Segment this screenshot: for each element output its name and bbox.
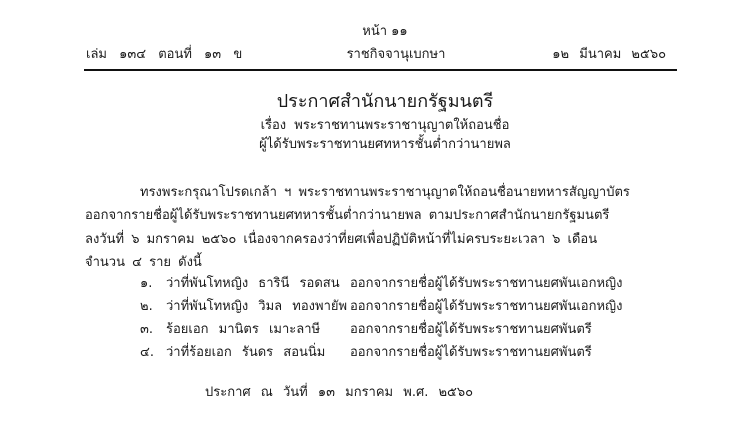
gazette-page: หน้า ๑๑ เล่ม ๑๓๔ ตอนที่ ๑๓ ข ราชกิจจานุเ… bbox=[0, 0, 750, 422]
officer-name: ร้อยเอก มานิตร เมาะลาษี bbox=[166, 318, 320, 339]
gazette-date: ๑๒ มีนาคม ๒๕๖๐ bbox=[552, 43, 666, 64]
officer-name: ว่าที่พันโทหญิง วิมล ทองพายัพ bbox=[166, 295, 347, 316]
removal-action: ออกจากรายชื่อผู้ได้รับพระราชทานยศพันตรี bbox=[350, 318, 592, 339]
header-divider bbox=[84, 69, 677, 71]
subject-line-2: ผู้ได้รับพระราชทานยศทหารชั้นต่ำกว่านายพล bbox=[0, 133, 750, 154]
document-title: ประกาศสำนักนายกรัฐมนตรี bbox=[0, 86, 750, 115]
removal-action: ออกจากรายชื่อผู้ได้รับพระราชทานยศพันเอกห… bbox=[350, 295, 622, 316]
list-number: ๓. bbox=[140, 318, 153, 339]
list-item: ๓. ร้อยเอก มานิตร เมาะลาษี ออกจากรายชื่อ… bbox=[140, 318, 680, 338]
list-item: ๔. ว่าที่ร้อยเอก รันดร สอนนิ่ม ออกจากราย… bbox=[140, 341, 680, 361]
list-number: ๒. bbox=[140, 295, 153, 316]
subject-line-1: เรื่อง พระราชทานพระราชานุญาตให้ถอนชื่อ bbox=[0, 114, 750, 135]
list-item: ๑. ว่าที่พันโทหญิง ธารินี รอดสน ออกจากรา… bbox=[140, 272, 680, 292]
body-paragraph-line: จำนวน ๔ ราย ดังนี้ bbox=[85, 251, 202, 272]
body-paragraph-line: ทรงพระกรุณาโปรดเกล้า ฯ พระราชทานพระราชาน… bbox=[140, 181, 630, 202]
body-paragraph-line: ลงวันที่ ๖ มกราคม ๒๕๖๐ เนื่องจากครองว่าท… bbox=[85, 228, 597, 249]
removal-action: ออกจากรายชื่อผู้ได้รับพระราชทานยศพันตรี bbox=[350, 341, 592, 362]
announcement-date: ประกาศ ณ วันที่ ๑๓ มกราคม พ.ศ. ๒๕๖๐ bbox=[205, 381, 473, 402]
officer-name: ว่าที่พันโทหญิง ธารินี รอดสน bbox=[166, 272, 340, 293]
body-paragraph-line: ออกจากรายชื่อผู้ได้รับพระราชทานยศทหารชั้… bbox=[85, 204, 609, 225]
removal-action: ออกจากรายชื่อผู้ได้รับพระราชทานยศพันเอกห… bbox=[350, 272, 622, 293]
page-number: หน้า ๑๑ bbox=[0, 20, 750, 41]
officer-name: ว่าที่ร้อยเอก รันดร สอนนิ่ม bbox=[166, 341, 325, 362]
list-item: ๒. ว่าที่พันโทหญิง วิมล ทองพายัพ ออกจากร… bbox=[140, 295, 680, 315]
gazette-header: เล่ม ๑๓๔ ตอนที่ ๑๓ ข ราชกิจจานุเบกษา ๑๒ … bbox=[86, 43, 676, 63]
list-number: ๑. bbox=[140, 272, 152, 293]
list-number: ๔. bbox=[140, 341, 154, 362]
